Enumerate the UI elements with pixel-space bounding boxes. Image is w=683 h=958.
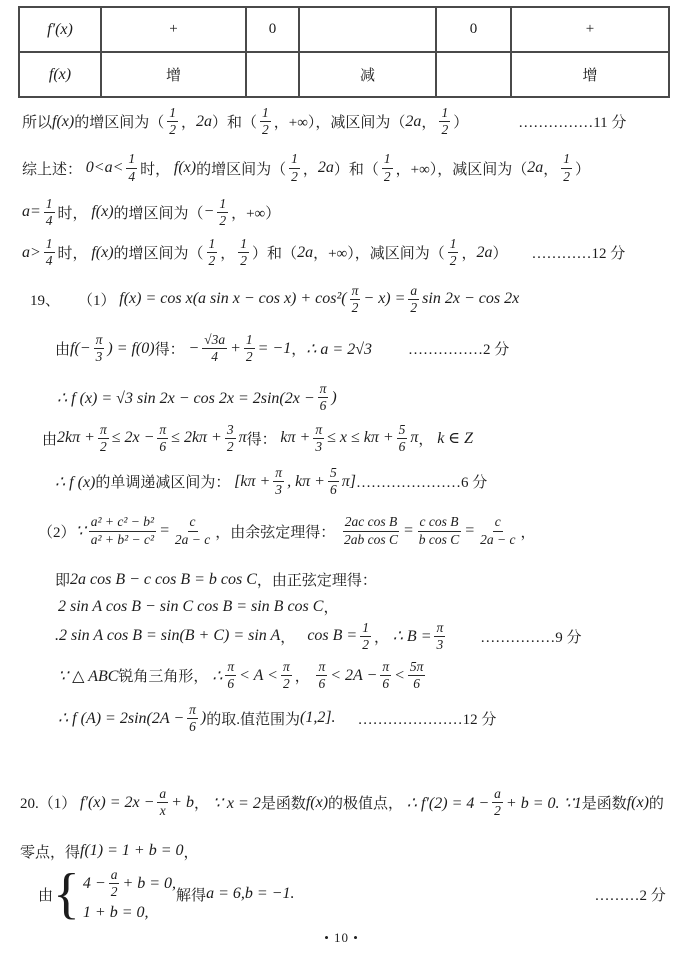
math-text: ) = f(0): [107, 340, 154, 358]
math-text: π]: [342, 473, 356, 491]
fraction: 12: [238, 236, 249, 269]
text: 综上述：: [22, 158, 86, 179]
math-text: π: [410, 429, 418, 447]
math-text: kπ +: [280, 429, 310, 447]
fraction: 14: [126, 151, 137, 184]
math-text: − x) =: [363, 290, 405, 308]
q19-derive-a-line: 由f(−π3) = f(0)得： −√3a4+12= −1，∴ a = 2√3……: [55, 332, 683, 365]
text: 的单调递减区间为：: [95, 471, 234, 492]
q19-solve-B-line: .2 sin A cos B = sin(B + C) = sin A，cos …: [55, 620, 683, 653]
fraction-denominator: 2: [98, 439, 109, 455]
math-text: < A <: [239, 667, 278, 685]
fraction-numerator: π: [434, 620, 445, 637]
math-text: f(1) = 1 + b = 0: [80, 842, 184, 860]
summary-case1-line: 综上述： 0<a<14时， f(x)的增区间为（12，2a）和（12，+∞），减…: [22, 151, 683, 184]
fraction: 5π6: [408, 659, 426, 692]
text: 的极值点，: [328, 792, 407, 813]
fraction-numerator: 1: [44, 236, 55, 253]
fraction-numerator: 5: [328, 465, 339, 482]
math-text: ≤ 2kπ +: [171, 429, 222, 447]
text: ，+∞）: [231, 202, 280, 223]
equation-row: 4 −a2+ b = 0,: [83, 867, 176, 900]
fraction-numerator: 1: [238, 236, 249, 253]
fraction-denominator: 3: [313, 439, 324, 455]
fraction-denominator: 6: [157, 439, 168, 455]
variation-table-body: f′(x)+00+f(x)增减增: [19, 7, 669, 97]
fraction-numerator: π: [273, 465, 284, 482]
math-text: =: [159, 522, 170, 540]
text: ，: [520, 521, 535, 542]
table-header-cell: f′(x): [19, 7, 101, 52]
fraction: a2: [492, 786, 503, 819]
fraction-denominator: 2: [350, 300, 361, 316]
text: 时，: [58, 202, 92, 223]
fraction-denominator: x: [158, 803, 168, 819]
math-text: ∴ f (A) = 2sin(2A −: [58, 708, 184, 728]
fraction: c cos Bb cos C: [417, 514, 462, 547]
math-text: π: [239, 429, 247, 447]
fraction-numerator: 1: [360, 620, 371, 637]
fraction-numerator: π: [187, 702, 198, 719]
text: ，: [461, 242, 476, 263]
math-text: 2kπ +: [57, 429, 95, 447]
math-text: f(x): [627, 794, 649, 812]
text: ，: [323, 596, 338, 617]
math-text: 2a: [318, 159, 334, 177]
fraction: c2a − c: [478, 514, 517, 547]
text: ，: [543, 158, 558, 179]
math-text: =: [464, 522, 475, 540]
fraction: a² + c² − b²a² + b² − c²: [89, 514, 156, 547]
fraction: π6: [157, 422, 168, 455]
text: …………………12 分: [358, 708, 497, 729]
math-text: 2a cos B − c cos B = b cos C: [70, 571, 257, 589]
text: ，: [374, 626, 393, 647]
text: 由: [42, 428, 57, 449]
fraction-numerator: π: [313, 422, 324, 439]
fraction-denominator: 6: [187, 719, 198, 735]
math-text: f(x): [306, 794, 328, 812]
fraction-numerator: 1: [448, 236, 459, 253]
q20-part1-derivative-line: 20.（1） f′(x) = 2x −ax+ b， ∵ x = 2是函数f(x)…: [20, 786, 683, 819]
fraction-denominator: 2: [448, 253, 459, 269]
fraction-denominator: 6: [411, 676, 422, 692]
fraction: π6: [316, 659, 327, 692]
fraction-denominator: 2: [238, 253, 249, 269]
math-text: 4 −: [83, 875, 106, 893]
math-text: ∴ f′(2) = 4 −: [407, 793, 489, 813]
text: ）: [492, 242, 507, 263]
q19-sine-identity-line: 2 sin A cos B − sin C cos B = sin B cos …: [58, 596, 683, 618]
text: （1）: [78, 289, 119, 310]
spacer: [295, 636, 307, 637]
fraction-numerator: c cos B: [418, 514, 461, 531]
fraction-numerator: 5: [397, 422, 408, 439]
document-page: f′(x)+00+f(x)增减增 所以f(x)的增区间为（12，2a）和（12，…: [0, 0, 683, 958]
math-text: a>: [22, 244, 41, 262]
text: 得：: [155, 338, 189, 359]
summary-case3-line: a>14时， f(x)的增区间为（12，12）和（2a，+∞），减区间为（12，…: [22, 236, 683, 269]
fraction-numerator: 1: [126, 151, 137, 168]
math-text: −: [204, 203, 215, 221]
math-text: (1,2].: [300, 709, 336, 727]
q20-zero-point-line: 零点，得f(1) = 1 + b = 0，: [20, 840, 683, 862]
spacer: [60, 299, 78, 300]
fraction: 12: [207, 236, 218, 269]
fraction: 12: [167, 105, 178, 138]
math-text: f(x) = cos x(a sin x − cos x) + cos²(: [119, 290, 346, 308]
math-text: ≤ 2x −: [112, 429, 155, 447]
math-text: ∴ B =: [393, 626, 432, 646]
fraction-denominator: 2a − c: [173, 532, 212, 548]
text: 的: [649, 792, 664, 813]
fraction-numerator: c: [493, 514, 503, 531]
fraction-numerator: 1: [207, 236, 218, 253]
math-text: f(−: [70, 340, 91, 358]
fraction-denominator: 3: [273, 482, 284, 498]
fraction-numerator: c: [188, 514, 198, 531]
text: ………2 分: [594, 884, 665, 905]
math-text: 0<a<: [86, 159, 124, 177]
fraction-denominator: 3: [94, 349, 105, 365]
math-text: ≤ x ≤ kπ +: [327, 429, 394, 447]
text: 即: [55, 569, 70, 590]
fraction-numerator: a: [492, 786, 503, 803]
text: 19、: [30, 289, 60, 310]
spacer: [294, 894, 594, 895]
q20-solve-ab-line: 由{4 −a2+ b = 0,1 + b = 0,解得a = 6,b = −1.…: [38, 867, 683, 921]
fraction-numerator: 1: [260, 105, 271, 122]
q19-part1-function-line: 19、（1） f(x) = cos x(a sin x − cos x) + c…: [30, 283, 683, 316]
math-text: cos B =: [307, 627, 357, 645]
math-text: 1 + b = 0,: [83, 904, 149, 922]
fraction-denominator: 4: [126, 169, 137, 185]
fraction: a2: [408, 283, 419, 316]
math-text: f(x): [174, 159, 196, 177]
fraction: π6: [318, 381, 329, 414]
text: ，: [220, 242, 235, 263]
text: ，由余弦定理得：: [215, 521, 339, 542]
fraction: π2: [350, 283, 361, 316]
math-text: 2 sin A cos B − sin C cos B = sin B cos …: [58, 598, 323, 616]
table-cell: 增: [511, 52, 669, 97]
fraction-denominator: 2: [561, 169, 572, 185]
table-cell: +: [101, 7, 246, 52]
content: 所以f(x)的增区间为（12，2a）和（12，+∞），减区间为（2a，12）………: [0, 105, 683, 922]
spacer: [508, 252, 532, 253]
fraction: 12: [289, 151, 300, 184]
fraction: ax: [157, 786, 168, 819]
math-text: =: [403, 522, 414, 540]
fraction: π6: [380, 659, 391, 692]
text: （2）: [38, 521, 76, 542]
fraction: √3a4: [202, 332, 227, 365]
fraction: 56: [397, 422, 408, 455]
math-text: ∴ f (x): [55, 472, 95, 492]
text: ）: [575, 158, 590, 179]
text: …………………6 分: [356, 471, 487, 492]
math-text: ∵ x = 2: [213, 793, 261, 813]
math-text: sin 2x − cos 2x: [422, 290, 519, 308]
fraction: 12: [260, 105, 271, 138]
text: 20.（1）: [20, 792, 80, 813]
text: ，: [184, 841, 199, 862]
text: ）和（: [334, 158, 379, 179]
fraction-numerator: π: [316, 659, 327, 676]
fraction-numerator: π: [98, 422, 109, 439]
fraction-denominator: 3: [434, 637, 445, 653]
fraction-numerator: a² + c² − b²: [89, 514, 156, 531]
fraction-numerator: π: [225, 659, 236, 676]
math-text: 2a: [476, 244, 492, 262]
equation-row: 1 + b = 0,: [83, 904, 176, 922]
fraction-numerator: 1: [167, 105, 178, 122]
text: ……………9 分: [480, 626, 581, 647]
fraction: π3: [273, 465, 284, 498]
text: 的增区间为（: [196, 158, 286, 179]
text: 的增区间为（: [114, 202, 204, 223]
math-text: < 2A −: [330, 667, 377, 685]
text: ，: [418, 428, 437, 449]
text: ，: [194, 792, 213, 813]
spacer: [336, 718, 358, 719]
fraction-denominator: 2: [109, 884, 120, 900]
fraction: 12: [382, 151, 393, 184]
fraction: 2ac cos B2ab cos C: [342, 514, 400, 547]
text: ，: [280, 626, 295, 647]
variation-table: f′(x)+00+f(x)增减增: [18, 6, 670, 98]
math-text: k ∈ Z: [437, 428, 473, 448]
fraction-numerator: 5π: [408, 659, 426, 676]
text: 零点，得: [20, 841, 80, 862]
text: 得：: [247, 428, 281, 449]
fraction: π3: [313, 422, 324, 455]
fraction: π6: [225, 659, 236, 692]
text: ，+∞），减区间为（: [274, 111, 406, 132]
table-cell: 增: [101, 52, 246, 97]
math-text: + b = 0,: [122, 875, 176, 893]
text: 所以: [22, 111, 52, 132]
math-text: +: [230, 340, 241, 358]
fraction-numerator: 3: [225, 422, 236, 439]
fraction-denominator: 2: [289, 169, 300, 185]
fraction: 12: [244, 332, 255, 365]
text: ，: [421, 111, 436, 132]
math-text: ∴: [212, 666, 222, 686]
q19-monotonic-inequality-line: 由2kπ +π2≤ 2x −π6≤ 2kπ +32π得： kπ +π3≤ x ≤…: [42, 422, 683, 455]
fraction-numerator: 2ac cos B: [343, 514, 399, 531]
fraction: π3: [94, 332, 105, 365]
fraction-denominator: 2: [360, 637, 371, 653]
fraction: a2: [109, 867, 120, 900]
equation-system-rows: 4 −a2+ b = 0,1 + b = 0,: [83, 867, 176, 921]
fraction-numerator: 1: [289, 151, 300, 168]
math-text: = −1: [258, 340, 292, 358]
q19-acute-constraints-line: ∵ △ ABC锐角三角形， ∴π6< A <π2， π6< 2A −π6<5π6: [58, 659, 683, 692]
fraction-denominator: 6: [328, 482, 339, 498]
text: ，: [291, 338, 306, 359]
fraction-denominator: 2: [260, 122, 271, 138]
table-row: f′(x)+00+: [19, 7, 669, 52]
math-text: .2 sin A cos B = sin(B + C) = sin A: [55, 627, 280, 645]
text: ，: [181, 111, 196, 132]
table-cell: 0: [246, 7, 299, 52]
text: 的增区间为（: [114, 242, 204, 263]
text: ，: [295, 665, 314, 686]
text: 是函数: [582, 792, 627, 813]
text: 解得: [176, 884, 206, 905]
fraction-numerator: π: [380, 659, 391, 676]
fraction: 14: [44, 196, 55, 229]
math-text: ∵ △ ABC: [58, 666, 118, 686]
table-header-cell: f(x): [19, 52, 101, 97]
fraction-denominator: 4: [44, 213, 55, 229]
fraction-numerator: π: [94, 332, 105, 349]
math-text: 2a: [196, 113, 212, 131]
page-number: • 10 •: [0, 930, 683, 946]
fraction-numerator: a: [157, 786, 168, 803]
fraction-numerator: π: [350, 283, 361, 300]
fraction-denominator: 2: [382, 169, 393, 185]
math-text: + b = 0. ∵1: [506, 793, 582, 813]
fraction: 12: [360, 620, 371, 653]
fraction-numerator: π: [281, 659, 292, 676]
fraction-denominator: 4: [44, 253, 55, 269]
fraction: 12: [561, 151, 572, 184]
table-cell: [246, 52, 299, 97]
text: …………12 分: [532, 242, 626, 263]
fraction: 32: [225, 422, 236, 455]
text: ……………11 分: [518, 111, 626, 132]
text: ，+∞），减区间为（: [313, 242, 445, 263]
fraction-denominator: 4: [209, 349, 220, 365]
fraction-denominator: 2: [217, 213, 228, 229]
math-text: a=: [22, 203, 41, 221]
fraction-numerator: 1: [44, 196, 55, 213]
text: 时，: [58, 242, 92, 263]
table-cell: [299, 7, 436, 52]
text: 是函数: [261, 792, 306, 813]
text: 锐角三角形，: [118, 665, 212, 686]
text: 的取.值范围为: [206, 708, 300, 729]
fraction-denominator: 2: [207, 253, 218, 269]
fraction-denominator: 2ab cos C: [342, 532, 400, 548]
text: 由: [38, 884, 53, 905]
spacer: [372, 348, 408, 349]
fraction-denominator: 2: [225, 439, 236, 455]
table-cell: [436, 52, 511, 97]
text: ，由正弦定理得：: [257, 569, 377, 590]
spacer: [468, 121, 518, 122]
fraction-numerator: √3a: [202, 332, 227, 349]
fraction-numerator: π: [318, 381, 329, 398]
equation-system: {4 −a2+ b = 0,1 + b = 0,: [53, 867, 176, 921]
q19-fx-simplified-line: ∴ f (x) = √3 sin 2x − cos 2x = 2sin(2x −…: [57, 381, 683, 414]
fraction-denominator: 6: [316, 676, 327, 692]
math-text: ∴ a = 2√3: [306, 339, 372, 359]
math-text: 2a: [527, 159, 543, 177]
text: ）和（: [212, 111, 257, 132]
text: ）和（: [252, 242, 297, 263]
text: ）: [453, 111, 468, 132]
fraction-numerator: 1: [217, 196, 228, 213]
fraction-numerator: 1: [244, 332, 255, 349]
fraction: 12: [439, 105, 450, 138]
fraction-numerator: π: [157, 422, 168, 439]
fraction-denominator: 6: [397, 439, 408, 455]
math-text: + b: [171, 794, 194, 812]
fraction-denominator: 6: [380, 676, 391, 692]
fraction: π2: [281, 659, 292, 692]
fraction-denominator: 2: [439, 122, 450, 138]
math-text: f(x): [91, 244, 113, 262]
increase-interval-line: 所以f(x)的增区间为（12，2a）和（12，+∞），减区间为（2a，12）………: [22, 105, 683, 138]
text: 的增区间为（: [74, 111, 164, 132]
q19-decreasing-interval-line: ∴ f (x)的单调递减区间为： [kπ +π3, kπ +56π]…………………: [55, 465, 683, 498]
fraction-denominator: 2: [244, 349, 255, 365]
math-text: , kπ +: [287, 473, 325, 491]
math-text: 2a: [297, 244, 313, 262]
brace-symbol: {: [53, 868, 80, 921]
fraction-denominator: 2: [408, 300, 419, 316]
spacer: [448, 636, 480, 637]
text: 时，: [140, 158, 174, 179]
summary-case2-line: a=14时， f(x)的增区间为（−12，+∞）: [22, 196, 683, 229]
fraction-denominator: a² + b² − c²: [89, 532, 156, 548]
fraction-numerator: 1: [382, 151, 393, 168]
table-cell: +: [511, 7, 669, 52]
fraction-denominator: 2a − c: [478, 532, 517, 548]
fraction-numerator: a: [109, 867, 120, 884]
table-cell: 减: [299, 52, 436, 97]
q19-part2-cosine-rule-line: （2）∵a² + c² − b²a² + b² − c²=c2a − c，由余弦…: [38, 514, 683, 547]
fraction: π2: [98, 422, 109, 455]
fraction-denominator: 6: [225, 676, 236, 692]
text: ……………2 分: [408, 338, 509, 359]
fraction-denominator: 2: [167, 122, 178, 138]
math-text: −: [188, 340, 199, 358]
fraction-numerator: 1: [561, 151, 572, 168]
math-text: ): [331, 389, 336, 407]
math-text: <: [394, 667, 405, 685]
fraction-denominator: 6: [318, 398, 329, 414]
fraction: 12: [448, 236, 459, 269]
text: ，: [303, 158, 318, 179]
fraction: π6: [187, 702, 198, 735]
fraction: c2a − c: [173, 514, 212, 547]
q19-range-fA-line: ∴ f (A) = 2sin(2A −π6)的取.值范围为(1,2].………………: [58, 702, 683, 735]
math-text: ∵: [76, 521, 86, 541]
math-text: f(x): [91, 203, 113, 221]
fraction-denominator: 2: [281, 676, 292, 692]
fraction: π3: [434, 620, 445, 653]
table-row: f(x)增减增: [19, 52, 669, 97]
fraction: 12: [217, 196, 228, 229]
text: ，+∞），减区间为（: [396, 158, 528, 179]
math-text: ∴ f (x) = √3 sin 2x − cos 2x = 2sin(2x −: [57, 388, 315, 408]
math-text: [kπ +: [234, 473, 270, 491]
fraction-denominator: 2: [492, 803, 503, 819]
q19-sine-rule-setup-line: 即2a cos B − c cos B = b cos C，由正弦定理得：: [55, 569, 683, 591]
fraction-numerator: 1: [439, 105, 450, 122]
text: 由: [55, 338, 70, 359]
math-text: a = 6,b = −1.: [206, 885, 294, 903]
math-text: 2a: [405, 113, 421, 131]
math-text: f′(x) = 2x −: [80, 794, 154, 812]
fraction-numerator: a: [408, 283, 419, 300]
fraction: 56: [328, 465, 339, 498]
table-cell: 0: [436, 7, 511, 52]
